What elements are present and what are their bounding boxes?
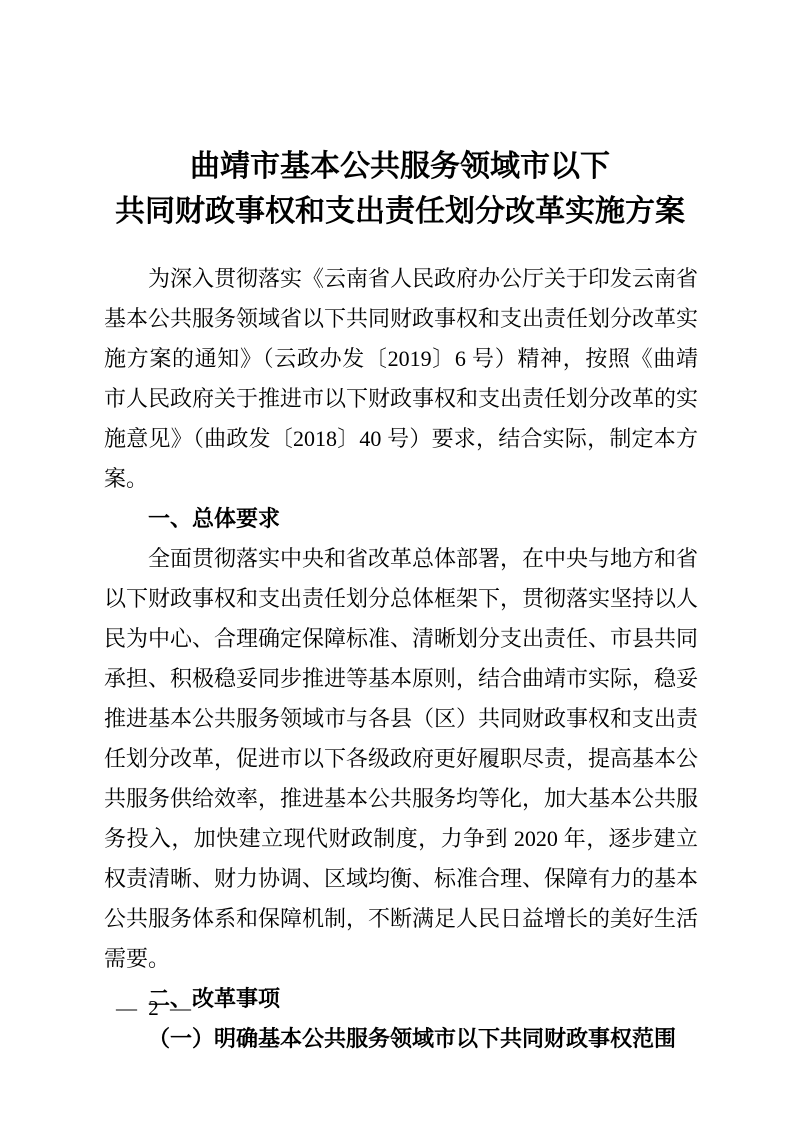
section-2-subheading-1: （一）明确基本公共服务领域市以下共同财政事权范围 bbox=[104, 1019, 698, 1059]
intro-paragraph: 为深入贯彻落实《云南省人民政府办公厅关于印发云南省基本公共服务领域省以下共同财政… bbox=[104, 259, 698, 499]
page-number: — 2 — bbox=[116, 994, 194, 1022]
document-page: 曲靖市基本公共服务领域市以下 共同财政事权和支出责任划分改革实施方案 为深入贯彻… bbox=[0, 0, 800, 1131]
document-title: 曲靖市基本公共服务领域市以下 共同财政事权和支出责任划分改革实施方案 bbox=[0, 144, 800, 234]
section-1-paragraph: 全面贯彻落实中央和省改革总体部署，在中央与地方和省以下财政事权和支出责任划分总体… bbox=[104, 539, 698, 979]
document-title-line-1: 曲靖市基本公共服务领域市以下 bbox=[0, 144, 800, 189]
document-title-line-2: 共同财政事权和支出责任划分改革实施方案 bbox=[0, 189, 800, 234]
document-body: 为深入贯彻落实《云南省人民政府办公厅关于印发云南省基本公共服务领域省以下共同财政… bbox=[104, 259, 698, 1059]
section-1-heading: 一、总体要求 bbox=[104, 499, 698, 539]
